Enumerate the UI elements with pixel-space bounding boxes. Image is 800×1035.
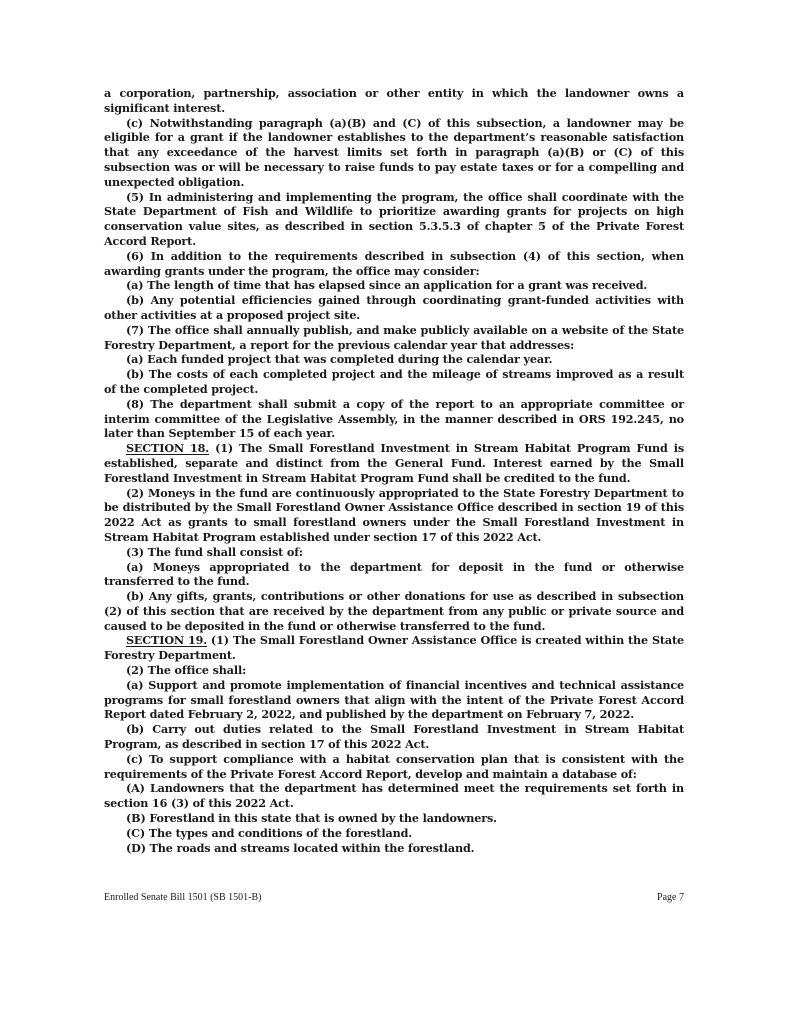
paragraph: (3) The fund shall consist of:: [104, 545, 684, 560]
bill-label: Enrolled Senate Bill 1501 (SB 1501-B): [104, 892, 262, 903]
paragraph: (D) The roads and streams located within…: [104, 841, 684, 856]
page-number: Page 7: [657, 892, 684, 903]
paragraph: (a) The length of time that has elapsed …: [104, 278, 684, 293]
paragraph: (C) The types and conditions of the fore…: [104, 826, 684, 841]
paragraph: (A) Landowners that the department has d…: [104, 781, 684, 811]
paragraph: (a) Each funded project that was complet…: [104, 352, 684, 367]
paragraph: (8) The department shall submit a copy o…: [104, 397, 684, 441]
document-body: a corporation, partnership, association …: [104, 86, 684, 855]
paragraph: (5) In administering and implementing th…: [104, 190, 684, 249]
paragraph: (B) Forestland in this state that is own…: [104, 811, 684, 826]
paragraph: (2) Moneys in the fund are continuously …: [104, 486, 684, 545]
section-18-paragraph: SECTION 18. (1) The Small Forestland Inv…: [104, 441, 684, 485]
paragraph: (b) Any potential efficiencies gained th…: [104, 293, 684, 323]
paragraph: (6) In addition to the requirements desc…: [104, 249, 684, 279]
section-heading: SECTION 19.: [126, 633, 207, 647]
section-heading: SECTION 18.: [126, 441, 209, 455]
paragraph: (b) Any gifts, grants, contributions or …: [104, 589, 684, 633]
paragraph: a corporation, partnership, association …: [104, 86, 684, 116]
paragraph: (c) Notwithstanding paragraph (a)(B) and…: [104, 116, 684, 190]
paragraph: (b) The costs of each completed project …: [104, 367, 684, 397]
section-19-paragraph: SECTION 19. (1) The Small Forestland Own…: [104, 633, 684, 663]
paragraph: (b) Carry out duties related to the Smal…: [104, 722, 684, 752]
paragraph: (a) Moneys appropriated to the departmen…: [104, 560, 684, 590]
page-footer: Enrolled Senate Bill 1501 (SB 1501-B) Pa…: [104, 892, 684, 903]
paragraph: (7) The office shall annually publish, a…: [104, 323, 684, 353]
paragraph: (c) To support compliance with a habitat…: [104, 752, 684, 782]
paragraph: (a) Support and promote implementation o…: [104, 678, 684, 722]
paragraph: (2) The office shall:: [104, 663, 684, 678]
